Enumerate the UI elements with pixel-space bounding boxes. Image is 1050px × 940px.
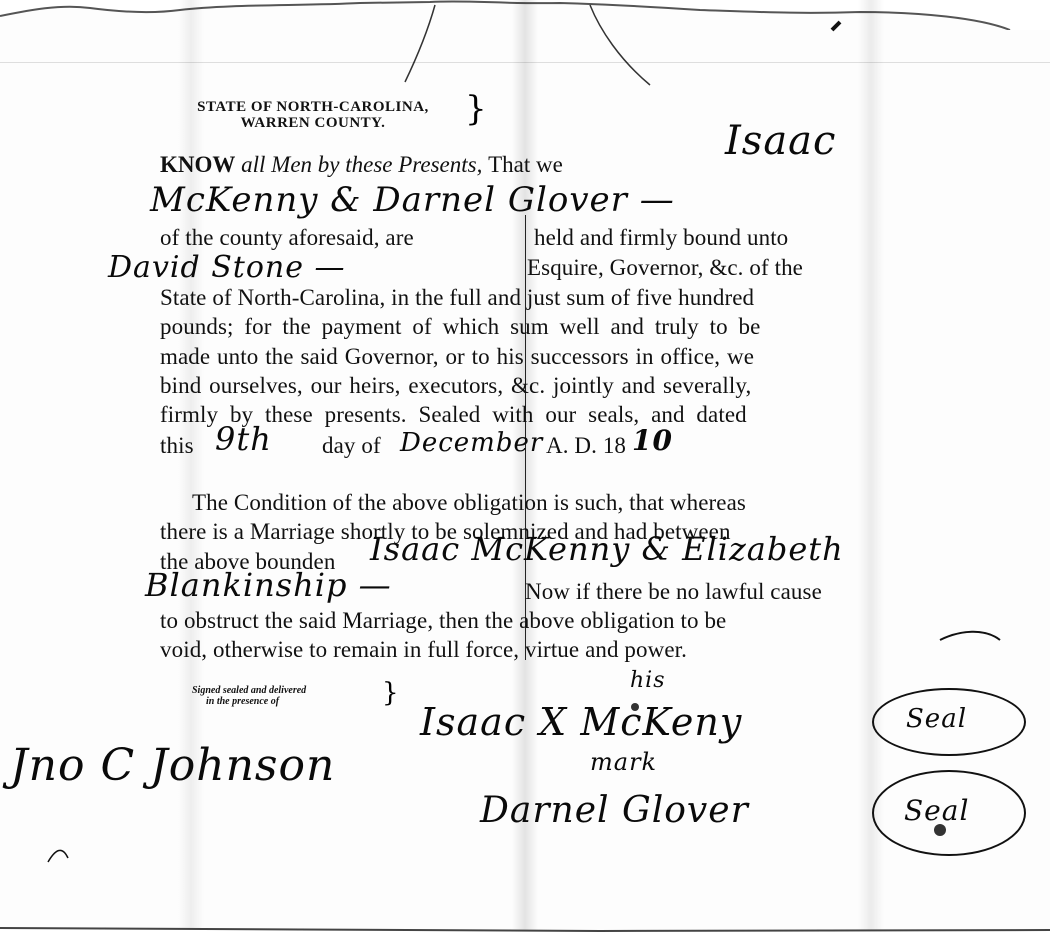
printed-line-1: of the county aforesaid, are held and fi… [160, 226, 900, 249]
line-1-left: of the county aforesaid, are [160, 225, 414, 250]
header-county: WARREN COUNTY. [158, 115, 468, 131]
know-word: KNOW [160, 152, 235, 177]
printed-line-3: State of North-Carolina, in the full and… [160, 286, 754, 309]
torn-bottom-edge [0, 920, 1050, 940]
line-1-right: held and firmly bound unto [534, 226, 788, 249]
handwritten-year: 10 [632, 424, 673, 457]
header-state: STATE OF NORTH-CAROLINA, [158, 99, 468, 115]
printed-line-4: pounds; for the payment of which sum wel… [160, 315, 760, 338]
this-word: this [160, 433, 194, 458]
header-brace: } [465, 92, 487, 126]
that-we: That we [488, 152, 563, 177]
printed-line-6: bind ourselves, our heirs, executors, &c… [160, 374, 751, 397]
ink-marks [0, 600, 1050, 940]
ad-year: A. D. 18 [546, 434, 626, 457]
handwritten-principal-first: Isaac [725, 118, 836, 164]
opening-text: all Men by these Presents, [241, 152, 482, 177]
handwritten-principals: McKenny & Darnel Glover — [150, 180, 675, 220]
handwritten-day: 9th [215, 420, 272, 458]
header: STATE OF NORTH-CAROLINA, WARREN COUNTY. [158, 99, 468, 131]
printed-line-5: made unto the said Governor, or to his s… [160, 345, 754, 368]
fold-line [0, 62, 1050, 63]
printed-line-2: Esquire, Governor, &c. of the [527, 256, 803, 279]
document-page: STATE OF NORTH-CAROLINA, WARREN COUNTY. … [0, 0, 1050, 940]
opening-line: KNOW all Men by these Presents, That we [160, 152, 563, 178]
handwritten-month: December [400, 428, 543, 458]
condition-line-1: The Condition of the above obligation is… [192, 491, 746, 514]
handwritten-governor: David Stone — [108, 250, 346, 285]
handwritten-parties: Isaac McKenny & Elizabeth [370, 530, 844, 568]
day-of: day of [322, 434, 381, 457]
handwritten-bride-surname: Blankinship — [145, 566, 392, 604]
